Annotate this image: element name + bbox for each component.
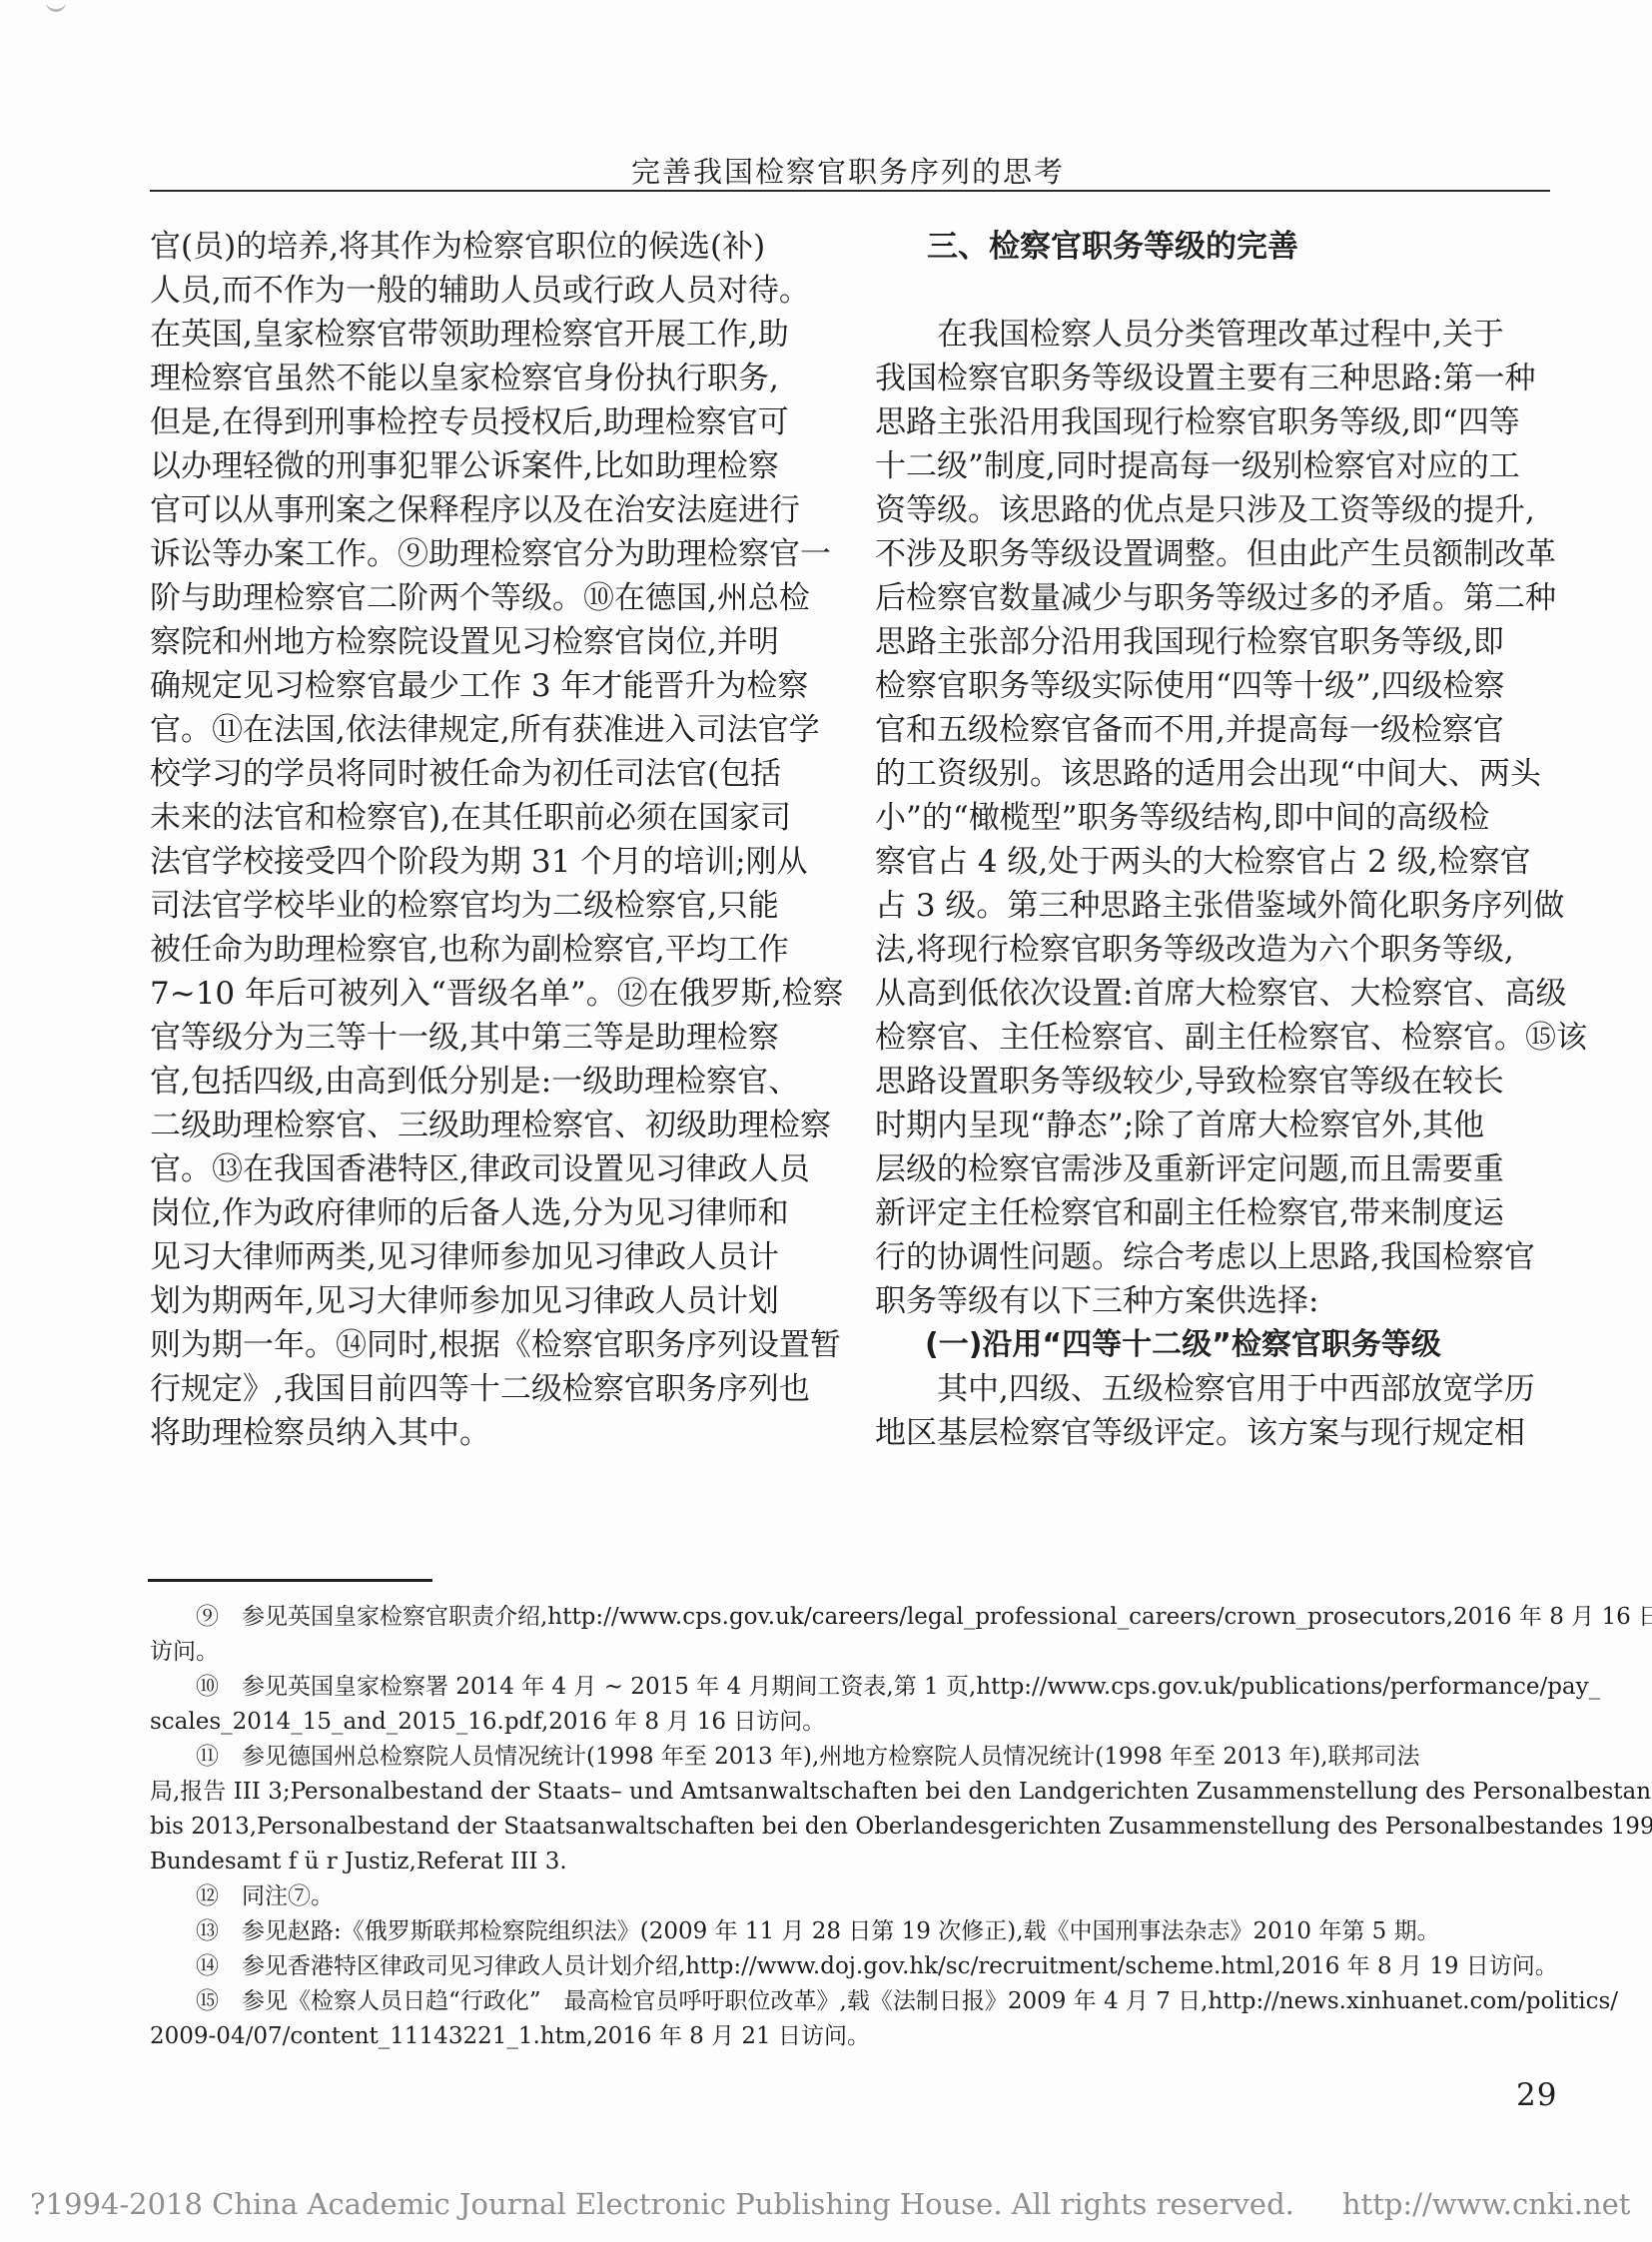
text-line: 在我国检察人员分类管理改革过程中,关于 — [875, 313, 1550, 357]
right-column: 三、检察官职务等级的完善 在我国检察人员分类管理改革过程中,关于 我国检察官职务… — [875, 225, 1550, 1455]
text-line: 十二级”制度,同时提高每一级别检察官对应的工 — [875, 444, 1550, 488]
text-line: 官,包括四级,由高到低分别是:一级助理检察官、 — [150, 1060, 825, 1104]
right-column-part1: 在我国检察人员分类管理改革过程中,关于 我国检察官职务等级设置主要有三种思路:第… — [875, 313, 1550, 1323]
footnotes: ⑨ 参见英国皇家检察官职责介绍,http://www.cps.gov.uk/ca… — [150, 1600, 1550, 2054]
page-footer: ?1994-2018 China Academic Journal Electr… — [30, 2187, 1630, 2221]
page-number: 29 — [1516, 2077, 1557, 2113]
text-line: 岗位,作为政府律师的后备人选,分为见习律师和 — [150, 1191, 825, 1235]
text-line: 阶与助理检察官二阶两个等级。⑩在德国,州总检 — [150, 576, 825, 620]
copyright-notice: ?1994-2018 China Academic Journal Electr… — [30, 2187, 1294, 2221]
footnote-line: ⑫ 同注⑦。 — [150, 1879, 1550, 1914]
text-line: 小”的“橄榄型”职务等级结构,即中间的高级检 — [875, 796, 1550, 840]
footnote-line: 局,报告 III 3;Personalbestand der Staats– u… — [150, 1775, 1550, 1810]
text-line: 地区基层检察官等级评定。该方案与现行规定相 — [875, 1411, 1550, 1455]
text-line: 7~10 年后可被列入“晋级名单”。⑫在俄罗斯,检察 — [150, 972, 825, 1016]
footnote-line: ⑩ 参见英国皇家检察署 2014 年 4 月 ~ 2015 年 4 月期间工资表… — [150, 1670, 1550, 1705]
footnote-line: scales_2014_15_and_2015_16.pdf,2016 年 8 … — [150, 1705, 1550, 1740]
text-line: 后检察官数量减少与职务等级过多的矛盾。第二种 — [875, 576, 1550, 620]
text-line: 行的协调性问题。综合考虑以上思路,我国检察官 — [875, 1235, 1550, 1279]
footnote-line: Bundesamt f ü r Justiz,Referat III 3. — [150, 1845, 1550, 1879]
footnote-line: ⑬ 参见赵路:《俄罗斯联邦检察院组织法》(2009 年 11 月 28 日第 1… — [150, 1914, 1550, 1949]
footnote-line: 2009-04/07/content_11143221_1.htm,2016 年… — [150, 2019, 1550, 2054]
footnote-line: ⑮ 参见《检察人员日趋“行政化” 最高检官员呼吁职位改革》,载《法制日报》200… — [150, 1984, 1550, 2019]
left-column: 官(员)的培养,将其作为检察官职位的候选(补) 人员,而不作为一般的辅助人员或行… — [150, 225, 825, 1455]
cnki-url: http://www.cnki.net — [1342, 2187, 1631, 2221]
section-heading: 三、检察官职务等级的完善 — [875, 225, 1550, 269]
text-line: 法,将现行检察官职务等级改造为六个职务等级, — [875, 928, 1550, 972]
text-line: 新评定主任检察官和副主任检察官,带来制度运 — [875, 1191, 1550, 1235]
text-line: 被任命为助理检察官,也称为副检察官,平均工作 — [150, 928, 825, 972]
footnote-separator — [148, 1579, 432, 1582]
section-subheading: (一)沿用“四等十二级”检察官职务等级 — [875, 1323, 1550, 1367]
text-line: 检察官职务等级实际使用“四等十级”,四级检察 — [875, 664, 1550, 708]
text-line: 不涉及职务等级设置调整。但由此产生员额制改革 — [875, 532, 1550, 576]
text-line: 以办理轻微的刑事犯罪公诉案件,比如助理检察 — [150, 444, 825, 488]
footnote-line: ⑨ 参见英国皇家检察官职责介绍,http://www.cps.gov.uk/ca… — [150, 1600, 1550, 1635]
text-line: 思路主张沿用我国现行检察官职务等级,即“四等 — [875, 400, 1550, 444]
text-line: 官(员)的培养,将其作为检察官职位的候选(补) — [150, 225, 825, 269]
footnote-line: bis 2013,Personalbestand der Staatsanwal… — [150, 1810, 1550, 1845]
text-line: 但是,在得到刑事检控专员授权后,助理检察官可 — [150, 400, 825, 444]
text-line: 在英国,皇家检察官带领助理检察官开展工作,助 — [150, 313, 825, 357]
text-line: 划为期两年,见习大律师参加见习律政人员计划 — [150, 1279, 825, 1323]
text-line: 司法官学校毕业的检察官均为二级检察官,只能 — [150, 884, 825, 928]
text-line: 察官占 4 级,处于两头的大检察官占 2 级,检察官 — [875, 840, 1550, 884]
text-line: 思路设置职务等级较少,导致检察官等级在较长 — [875, 1060, 1550, 1104]
footnote-line: ⑭ 参见香港特区律政司见习律政人员计划介绍,http://www.doj.gov… — [150, 1949, 1550, 1984]
text-line: 校学习的学员将同时被任命为初任司法官(包括 — [150, 752, 825, 796]
text-line: 确规定见习检察官最少工作 3 年才能晋升为检察 — [150, 664, 825, 708]
text-line: 从高到低依次设置:首席大检察官、大检察官、高级 — [875, 972, 1550, 1016]
text-line: 官等级分为三等十一级,其中第三等是助理检察 — [150, 1016, 825, 1060]
text-line: 察院和州地方检察院设置见习检察官岗位,并明 — [150, 620, 825, 664]
text-line: 理检察官虽然不能以皇家检察官身份执行职务, — [150, 357, 825, 400]
text-line: 人员,而不作为一般的辅助人员或行政人员对待。 — [150, 269, 825, 313]
text-line: 其中,四级、五级检察官用于中西部放宽学历 — [875, 1367, 1550, 1411]
text-line: 将助理检察员纳入其中。 — [150, 1411, 825, 1455]
text-line: 的工资级别。该思路的适用会出现“中间大、两头 — [875, 752, 1550, 796]
text-line: 职务等级有以下三种方案供选择: — [875, 1279, 1550, 1323]
footnote-line: ⑪ 参见德国州总检察院人员情况统计(1998 年至 2013 年),州地方检察院… — [150, 1740, 1550, 1775]
text-line: 我国检察官职务等级设置主要有三种思路:第一种 — [875, 357, 1550, 400]
text-line: 时期内呈现“静态”;除了首席大检察官外,其他 — [875, 1104, 1550, 1147]
text-line: 官和五级检察官备而不用,并提高每一级检察官 — [875, 708, 1550, 752]
text-line: 则为期一年。⑭同时,根据《检察官职务序列设置暂 — [150, 1323, 825, 1367]
text-line: 行规定》,我国目前四等十二级检察官职务序列也 — [150, 1367, 825, 1411]
text-line: 见习大律师两类,见习律师参加见习律政人员计 — [150, 1235, 825, 1279]
text-line: 未来的法官和检察官),在其任职前必须在国家司 — [150, 796, 825, 840]
journal-page: 完善我国检察官职务序列的思考 官(员)的培养,将其作为检察官职位的候选(补) 人… — [0, 0, 1652, 2242]
text-line: 占 3 级。第三种思路主张借鉴域外简化职务序列做 — [875, 884, 1550, 928]
header-rule — [150, 190, 1550, 192]
text-line: 法官学校接受四个阶段为期 31 个月的培训;刚从 — [150, 840, 825, 884]
text-line: 检察官、主任检察官、副主任检察官、检察官。⑮该 — [875, 1016, 1550, 1060]
text-line: 官。⑬在我国香港特区,律政司设置见习律政人员 — [150, 1147, 825, 1191]
text-line: 层级的检察官需涉及重新评定问题,而且需要重 — [875, 1147, 1550, 1191]
text-line: 二级助理检察官、三级助理检察官、初级助理检察 — [150, 1104, 825, 1147]
running-title: 完善我国检察官职务序列的思考 — [0, 150, 1652, 191]
text-line: 诉讼等办案工作。⑨助理检察官分为助理检察官一 — [150, 532, 825, 576]
scan-artifact-mark — [46, 0, 66, 12]
text-line: 官。⑪在法国,依法律规定,所有获准进入司法官学 — [150, 708, 825, 752]
text-line: 思路主张部分沿用我国现行检察官职务等级,即 — [875, 620, 1550, 664]
text-line: 官可以从事刑案之保释程序以及在治安法庭进行 — [150, 488, 825, 532]
right-column-part2: 其中,四级、五级检察官用于中西部放宽学历 地区基层检察官等级评定。该方案与现行规… — [875, 1367, 1550, 1455]
text-line: 资等级。该思路的优点是只涉及工资等级的提升, — [875, 488, 1550, 532]
footnote-line: 访问。 — [150, 1635, 1550, 1670]
